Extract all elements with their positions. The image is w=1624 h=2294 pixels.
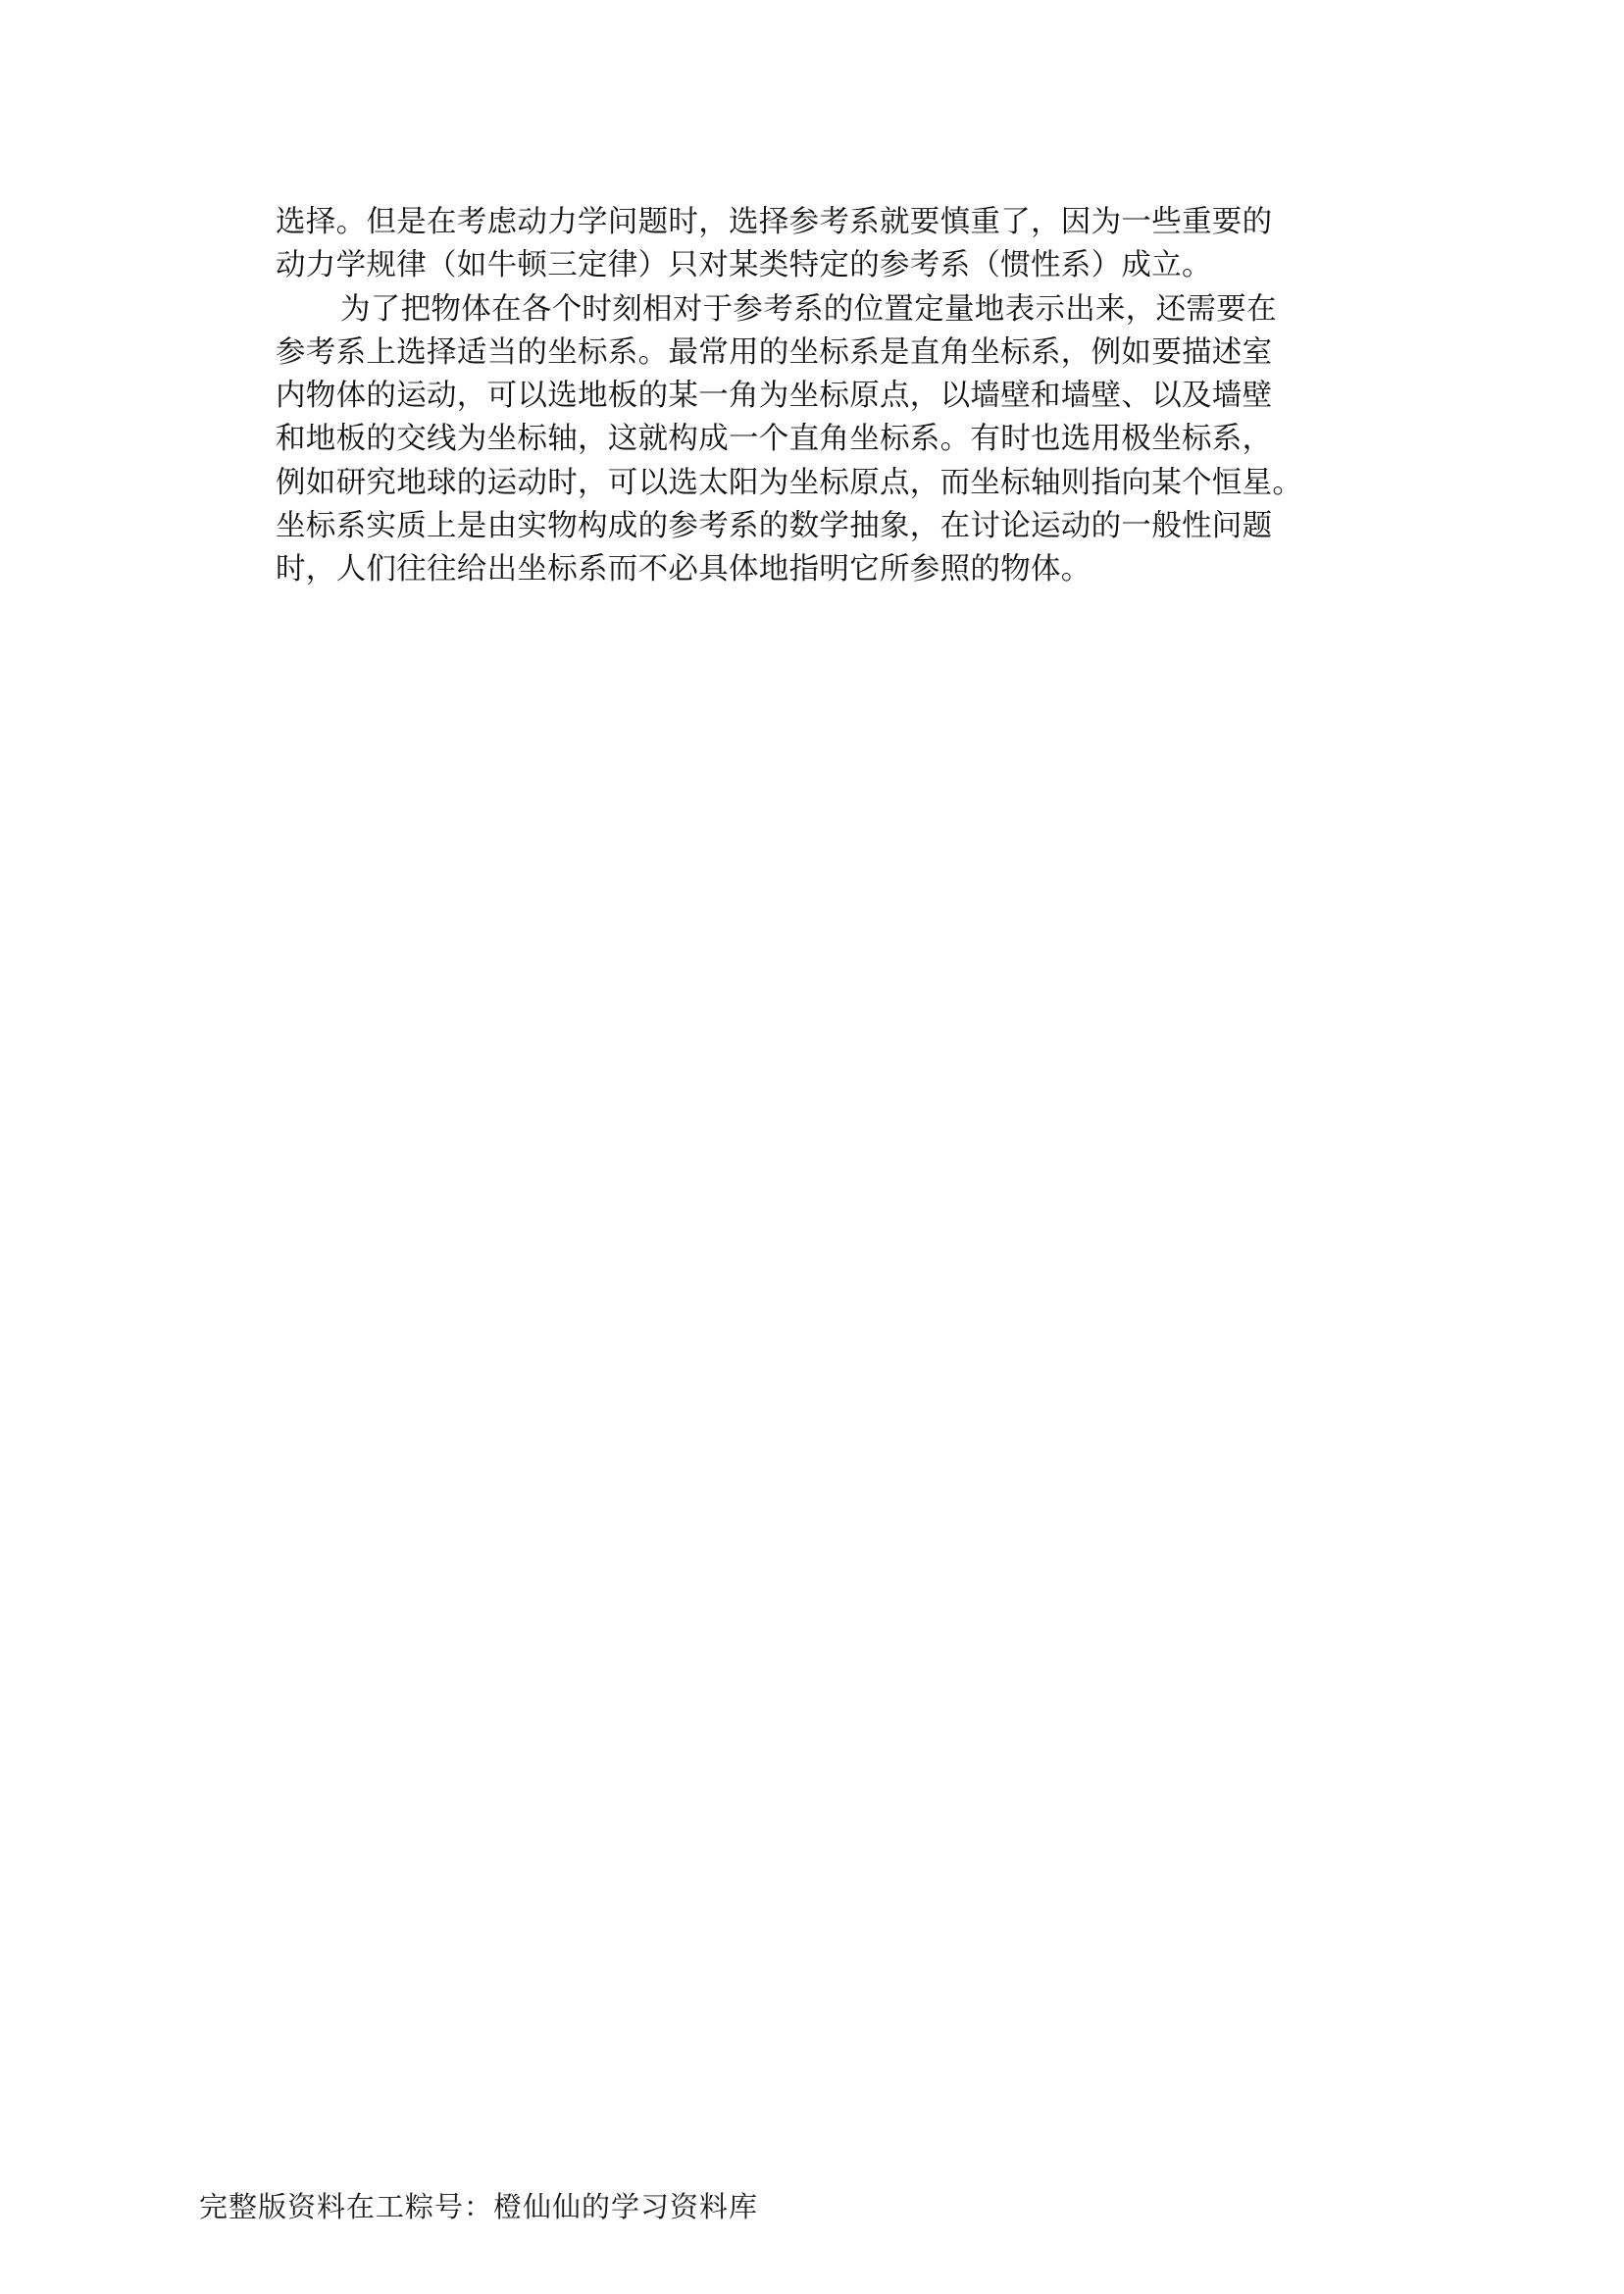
text-line: 内物体的运动，可以选地板的某一角为坐标原点，以墙壁和墙壁、以及墙壁 [276, 375, 1366, 418]
text-line: 时，人们往往给出坐标系而不必具体地指明它所参照的物体。 [276, 548, 1366, 591]
body-text: 选择。但是在考虑动力学问题时，选择参考系就要慎重了，因为一些重要的 动力学规律（… [276, 201, 1366, 592]
text-line: 参考系上选择适当的坐标系。最常用的坐标系是直角坐标系，例如要描述室 [276, 331, 1366, 375]
document-page: 选择。但是在考虑动力学问题时，选择参考系就要慎重了，因为一些重要的 动力学规律（… [0, 0, 1624, 2294]
text-line: 坐标系实质上是由实物构成的参考系的数学抽象，在讨论运动的一般性问题 [276, 505, 1366, 548]
text-line: 为了把物体在各个时刻相对于参考系的位置定量地表示出来，还需要在 [276, 288, 1366, 331]
paragraph-2: 为了把物体在各个时刻相对于参考系的位置定量地表示出来，还需要在 参考系上选择适当… [276, 288, 1366, 592]
text-line: 和地板的交线为坐标轴，这就构成一个直角坐标系。有时也选用极坐标系， [276, 418, 1366, 461]
footer-note: 完整版资料在工粽号：橙仙仙的学习资料库 [199, 2187, 758, 2226]
text-line: 动力学规律（如牛顿三定律）只对某类特定的参考系（惯性系）成立。 [276, 244, 1366, 287]
text-line: 例如研究地球的运动时，可以选太阳为坐标原点，而坐标轴则指向某个恒星。 [276, 462, 1366, 505]
paragraph-1: 选择。但是在考虑动力学问题时，选择参考系就要慎重了，因为一些重要的 动力学规律（… [276, 201, 1366, 288]
text-line: 选择。但是在考虑动力学问题时，选择参考系就要慎重了，因为一些重要的 [276, 201, 1366, 244]
